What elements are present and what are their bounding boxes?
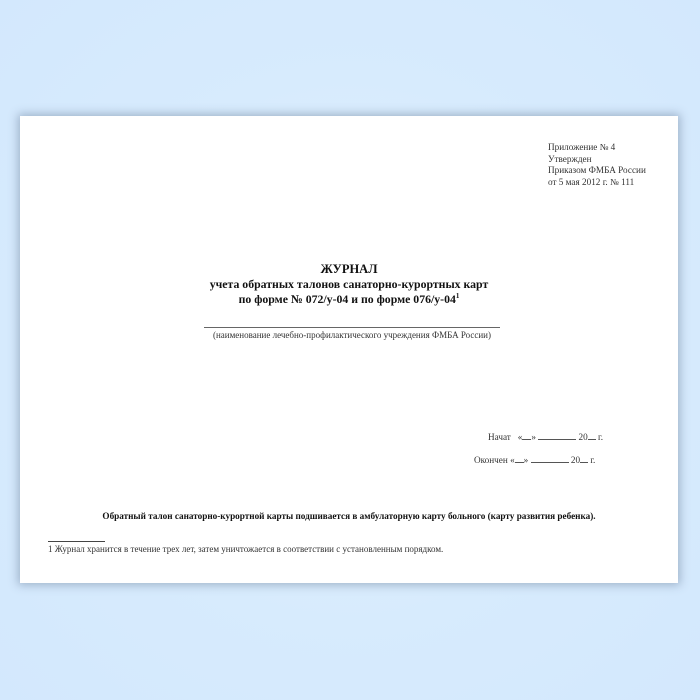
start-day-blank <box>522 438 531 440</box>
quote-close: » <box>531 432 536 442</box>
start-label: Начат <box>488 432 511 442</box>
approval-approved: Утвержден <box>548 154 646 166</box>
approval-order: Приказом ФМБА России <box>548 165 646 177</box>
end-month-blank <box>531 461 569 463</box>
journal-title: ЖУРНАЛ учета обратных талонов санаторно-… <box>20 262 678 307</box>
approval-appendix: Приложение № 4 <box>548 142 646 154</box>
approval-date: от 5 мая 2012 г. № 111 <box>548 177 646 189</box>
year-suffix: г. <box>590 455 595 465</box>
year-prefix: 20 <box>579 432 588 442</box>
footnote-mark: 1 <box>456 292 460 300</box>
year-prefix: 20 <box>571 455 580 465</box>
end-year-blank <box>580 461 588 463</box>
end-day-blank <box>515 461 524 463</box>
document-page: Приложение № 4 Утвержден Приказом ФМБА Р… <box>20 116 678 583</box>
quote-open: « <box>518 432 523 442</box>
title-forms: по форме № 072/у-04 и по форме 076/у-041 <box>20 292 678 307</box>
title-heading: ЖУРНАЛ <box>20 262 678 277</box>
footnote-text: 1 Журнал хранится в течение трех лет, за… <box>48 544 443 554</box>
quote-close: » <box>524 455 529 465</box>
title-forms-text: по форме № 072/у-04 и по форме 076/у-04 <box>239 292 456 306</box>
title-subtitle: учета обратных талонов санаторно-курортн… <box>20 277 678 292</box>
end-label: Окончен <box>474 455 508 465</box>
institution-name-field: (наименование лечебно-профилактического … <box>204 327 500 341</box>
institution-caption: (наименование лечебно-профилактического … <box>213 330 491 340</box>
filing-note: Обратный талон санаторно-курортной карты… <box>20 511 678 521</box>
footnote-divider <box>48 541 105 542</box>
approval-stamp: Приложение № 4 Утвержден Приказом ФМБА Р… <box>548 142 646 188</box>
start-year-blank <box>588 438 596 440</box>
start-date-row: Начат «» 20 г. <box>488 432 603 442</box>
end-date-row: Окончен «» 20 г. <box>474 455 595 465</box>
start-month-blank <box>538 438 576 440</box>
year-suffix: г. <box>598 432 603 442</box>
quote-open: « <box>510 455 515 465</box>
